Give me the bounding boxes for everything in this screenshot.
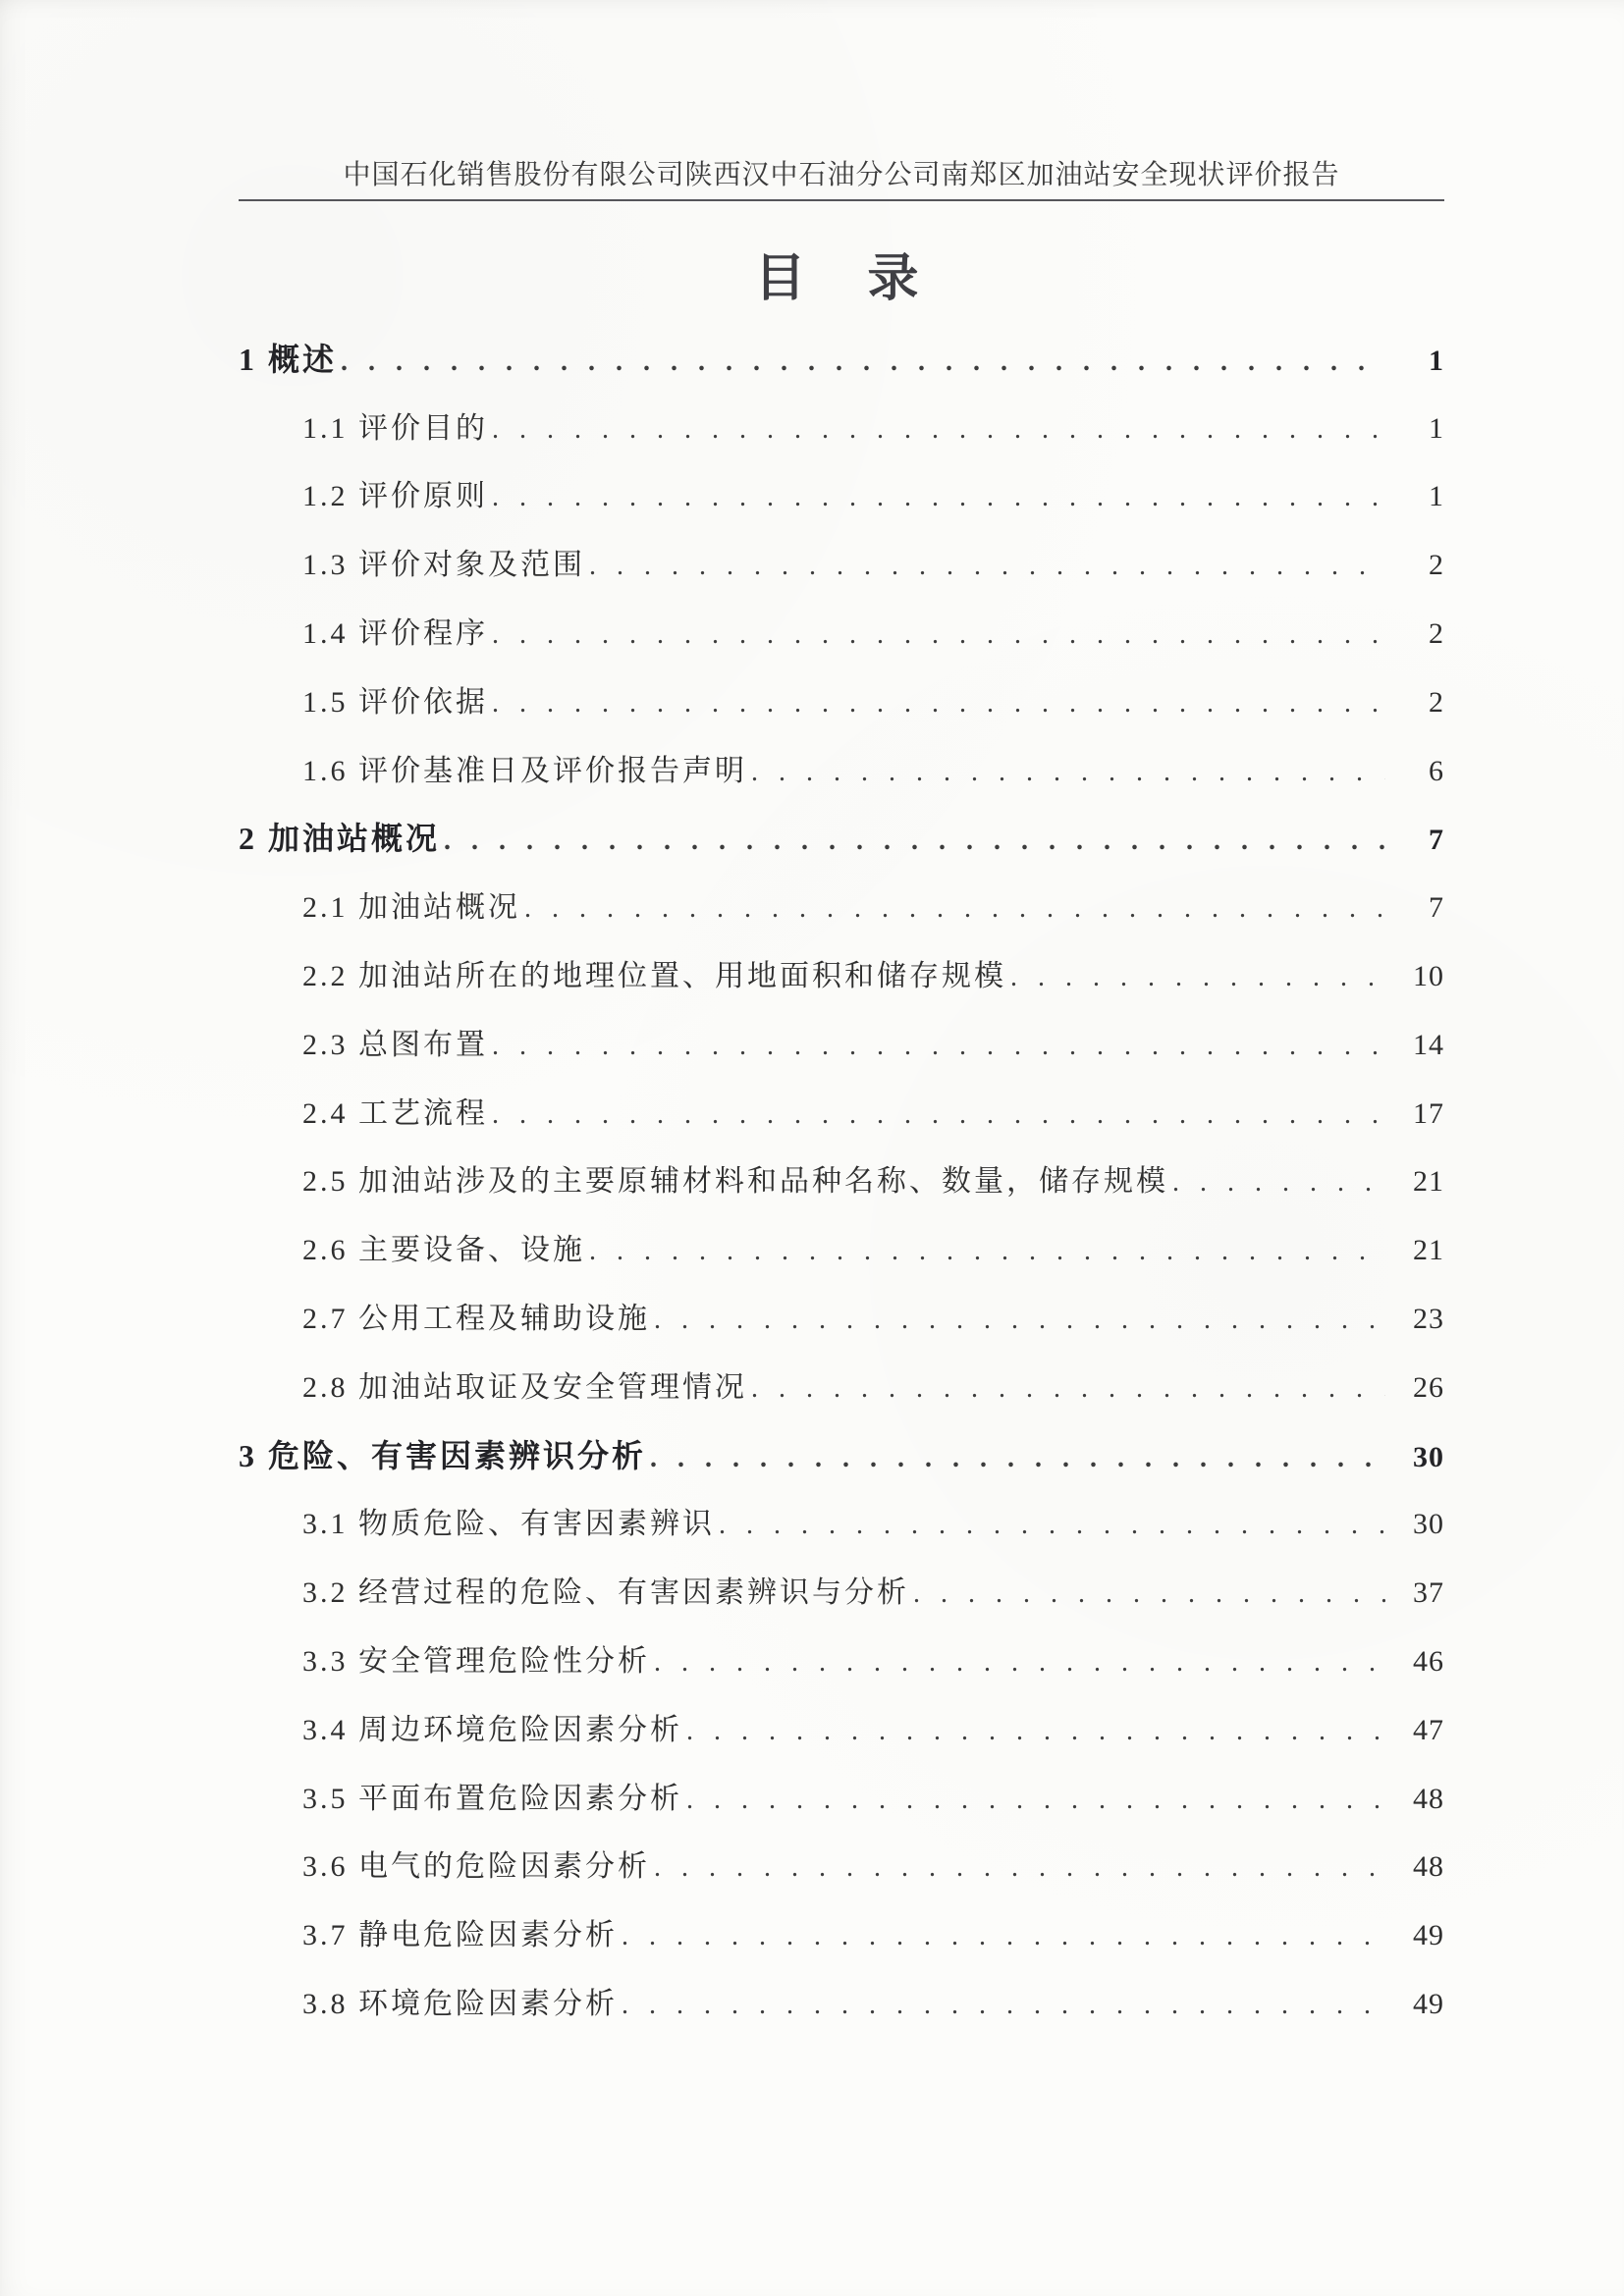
toc-entry-label: 2.8 加油站取证及安全管理情况	[302, 1362, 747, 1406]
toc-leader-dots	[913, 1578, 1385, 1610]
toc-leader-dots	[524, 893, 1385, 925]
toc-leader-dots	[589, 1236, 1385, 1267]
document-page: 中国石化销售股份有限公司陕西汉中石油分公司南郑区加油站安全现状评价报告 目 录 …	[0, 0, 1624, 2296]
toc-entry-page: 2	[1397, 549, 1444, 582]
toc-entry-label: 2.7 公用工程及辅助设施	[302, 1294, 650, 1337]
toc-entry-label: 1.4 评价程序	[302, 609, 488, 652]
toc-entry-label: 3.2 经营过程的危险、有害因素辨识与分析	[302, 1568, 909, 1611]
toc-leader-dots	[654, 1647, 1385, 1679]
toc-entry: 2.8 加油站取证及安全管理情况 26	[239, 1362, 1444, 1431]
toc-entry-label: 3.8 环境危险因素分析	[302, 1979, 618, 2022]
toc-leader-dots	[1010, 962, 1385, 993]
toc-leader-dots	[719, 1510, 1385, 1541]
toc-leader-dots	[341, 347, 1385, 378]
toc-entry-page: 30	[1397, 1441, 1444, 1474]
toc-entry: 3.4 周边环境危险因素分析 47	[239, 1705, 1444, 1774]
toc-leader-dots	[589, 551, 1385, 582]
toc-leader-dots	[650, 1443, 1385, 1474]
toc-entry-page: 7	[1397, 891, 1444, 925]
toc-entry-label: 3.1 物质危险、有害因素辨识	[302, 1499, 715, 1542]
toc-entry: 2.3 总图布置 14	[239, 1020, 1444, 1089]
toc-entry-page: 17	[1397, 1097, 1444, 1131]
toc-leader-dots	[492, 482, 1385, 513]
toc-entry-label: 2.1 加油站概况	[302, 882, 520, 926]
toc-entry: 2.2 加油站所在的地理位置、用地面积和储存规模 10	[239, 951, 1444, 1020]
toc-entry-page: 1	[1397, 480, 1444, 513]
toc-entry-page: 21	[1397, 1165, 1444, 1199]
header-title: 中国石化销售股份有限公司陕西汉中石油分公司南郑区加油站安全现状评价报告	[239, 153, 1444, 192]
toc-leader-dots	[492, 1031, 1385, 1062]
toc-leader-dots	[492, 414, 1385, 446]
toc-entry: 3.1 物质危险、有害因素辨识 30	[239, 1499, 1444, 1568]
toc-entry-page: 48	[1397, 1783, 1444, 1816]
toc-entry-page: 6	[1397, 755, 1444, 788]
toc-entry-page: 23	[1397, 1303, 1444, 1336]
toc-entry-page: 49	[1397, 1988, 1444, 2021]
toc-leader-dots	[444, 826, 1385, 857]
toc-list: 1 概述 1 1.1 评价目的 1 1.2 评价原则 1 1.3 评价对象及范围…	[239, 335, 1444, 2048]
toc-entry-page: 2	[1397, 686, 1444, 720]
toc-entry: 3.2 经营过程的危险、有害因素辨识与分析 37	[239, 1568, 1444, 1636]
toc-entry-label: 1.3 评价对象及范围	[302, 540, 585, 583]
toc-leader-dots	[751, 757, 1385, 788]
toc-entry-label: 1 概述	[239, 335, 337, 380]
toc-leader-dots	[686, 1785, 1385, 1816]
toc-entry-page: 21	[1397, 1234, 1444, 1267]
toc-entry: 1.6 评价基准日及评价报告声明 6	[239, 746, 1444, 815]
toc-leader-dots	[1172, 1167, 1385, 1199]
page-title: 目 录	[239, 250, 1444, 309]
toc-entry: 3 危险、有害因素辨识分析 30	[239, 1431, 1444, 1500]
toc-entry-label: 2.6 主要设备、设施	[302, 1225, 585, 1268]
toc-entry-page: 48	[1397, 1850, 1444, 1884]
toc-leader-dots	[654, 1852, 1385, 1884]
toc-entry: 1 概述 1	[239, 335, 1444, 403]
toc-entry-page: 49	[1397, 1919, 1444, 1952]
toc-entry: 2.1 加油站概况 7	[239, 882, 1444, 951]
toc-leader-dots	[654, 1305, 1385, 1336]
toc-entry-label: 2.2 加油站所在的地理位置、用地面积和储存规模	[302, 951, 1006, 994]
toc-leader-dots	[492, 1099, 1385, 1131]
toc-entry-label: 1.2 评价原则	[302, 471, 488, 514]
toc-entry: 2.4 工艺流程 17	[239, 1089, 1444, 1157]
toc-leader-dots	[492, 619, 1385, 651]
toc-entry-page: 47	[1397, 1714, 1444, 1747]
toc-entry: 2.5 加油站涉及的主要原辅材料和品种名称、数量，储存规模 21	[239, 1156, 1444, 1225]
toc-entry-label: 3 危险、有害因素辨识分析	[239, 1431, 646, 1476]
toc-entry-page: 37	[1397, 1576, 1444, 1610]
toc-leader-dots	[622, 1921, 1385, 1952]
toc-entry: 3.3 安全管理危险性分析 46	[239, 1636, 1444, 1705]
header-rule	[239, 199, 1444, 201]
toc-entry-label: 3.7 静电危险因素分析	[302, 1910, 618, 1953]
toc-entry: 1.2 评价原则 1	[239, 471, 1444, 540]
toc-entry: 1.1 评价目的 1	[239, 403, 1444, 472]
toc-entry: 3.8 环境危险因素分析 49	[239, 1979, 1444, 2048]
toc-entry-page: 46	[1397, 1645, 1444, 1679]
toc-entry-page: 10	[1397, 960, 1444, 993]
toc-entry: 3.6 电气的危险因素分析 48	[239, 1842, 1444, 1910]
page-header: 中国石化销售股份有限公司陕西汉中石油分公司南郑区加油站安全现状评价报告	[239, 153, 1444, 201]
toc-entry-page: 1	[1397, 412, 1444, 446]
toc-entry-page: 26	[1397, 1371, 1444, 1405]
toc-leader-dots	[751, 1373, 1385, 1405]
toc-entry-label: 2 加油站概况	[239, 814, 440, 859]
toc-entry: 2.7 公用工程及辅助设施 23	[239, 1294, 1444, 1362]
toc-entry-label: 1.5 评价依据	[302, 677, 488, 721]
toc-entry: 1.4 评价程序 2	[239, 609, 1444, 677]
toc-leader-dots	[492, 688, 1385, 720]
toc-entry: 2.6 主要设备、设施 21	[239, 1225, 1444, 1294]
toc-entry-page: 7	[1397, 824, 1444, 857]
toc-entry: 3.7 静电危险因素分析 49	[239, 1910, 1444, 1979]
toc-leader-dots	[686, 1716, 1385, 1747]
toc-entry-label: 2.3 总图布置	[302, 1020, 488, 1063]
toc-leader-dots	[622, 1990, 1385, 2021]
toc-entry-page: 14	[1397, 1029, 1444, 1062]
toc-entry-label: 2.4 工艺流程	[302, 1089, 488, 1132]
toc-entry-label: 1.1 评价目的	[302, 403, 488, 447]
toc-entry-label: 3.4 周边环境危险因素分析	[302, 1705, 682, 1748]
toc-entry-label: 1.6 评价基准日及评价报告声明	[302, 746, 747, 789]
toc-entry: 1.3 评价对象及范围 2	[239, 540, 1444, 609]
toc-entry-page: 30	[1397, 1508, 1444, 1541]
toc-entry-label: 2.5 加油站涉及的主要原辅材料和品种名称、数量，储存规模	[302, 1156, 1168, 1200]
page-content: 中国石化销售股份有限公司陕西汉中石油分公司南郑区加油站安全现状评价报告 目 录 …	[239, 0, 1444, 2048]
toc-entry-label: 3.5 平面布置危险因素分析	[302, 1774, 682, 1817]
toc-entry-label: 3.3 安全管理危险性分析	[302, 1636, 650, 1680]
toc-entry: 2 加油站概况 7	[239, 814, 1444, 882]
toc-entry-label: 3.6 电气的危险因素分析	[302, 1842, 650, 1885]
toc-entry-page: 2	[1397, 617, 1444, 651]
toc-entry: 1.5 评价依据 2	[239, 677, 1444, 746]
toc-entry: 3.5 平面布置危险因素分析 48	[239, 1774, 1444, 1842]
toc-entry-page: 1	[1397, 345, 1444, 378]
